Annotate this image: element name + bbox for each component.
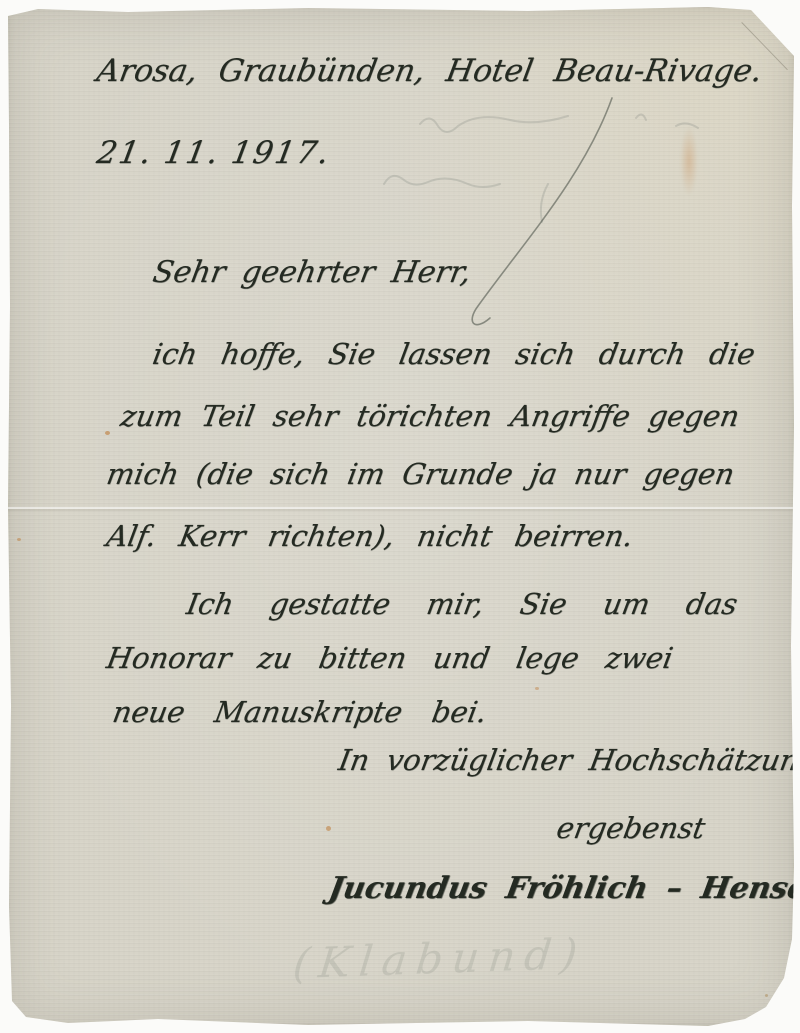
body-paragraph1-line2: zum Teil sehr törichten Angriffe gegen — [118, 400, 742, 433]
foxing-spot — [105, 431, 110, 435]
place-line: Arosa, Graubünden, Hotel Beau-Rivage. — [94, 54, 765, 90]
closing-line: In vorzüglicher Hochschätzung — [336, 744, 800, 777]
body-paragraph1-line3: mich (die sich im Grunde ja nur gegen — [104, 458, 737, 491]
ink-flourish — [472, 98, 612, 325]
foxing-spot — [17, 538, 21, 541]
date-line: 21. 11. 1917. — [94, 136, 333, 172]
pencil-note-klabund: (Klabund) — [291, 929, 589, 988]
rust-smudge — [680, 126, 698, 196]
body-paragraph1-line1: ich hoffe, Sie lassen sich durch die — [150, 338, 758, 371]
body-paragraph2-line2: Honorar zu bitten und lege zwei — [104, 642, 675, 675]
body-paragraph2-line3: neue Manuskripte bei. — [110, 696, 489, 729]
foxing-spot — [765, 994, 768, 997]
valediction-line: ergebenst — [554, 812, 708, 845]
letter-page: Arosa, Graubünden, Hotel Beau-Rivage. 21… — [8, 6, 794, 1026]
fold-crease — [8, 507, 794, 512]
scanned-letter-background: Arosa, Graubünden, Hotel Beau-Rivage. 21… — [0, 0, 800, 1033]
salutation-line: Sehr geehrter Herr, — [150, 256, 473, 291]
foxing-spot — [535, 687, 539, 690]
body-paragraph1-line4: Alf. Kerr richten), nicht beirren. — [104, 520, 636, 553]
signature-line: Jucundus Fröhlich – Henschke. — [326, 872, 800, 907]
body-paragraph2-line1: Ich gestatte mir, Sie um das — [184, 588, 740, 621]
foxing-spot — [326, 826, 331, 831]
